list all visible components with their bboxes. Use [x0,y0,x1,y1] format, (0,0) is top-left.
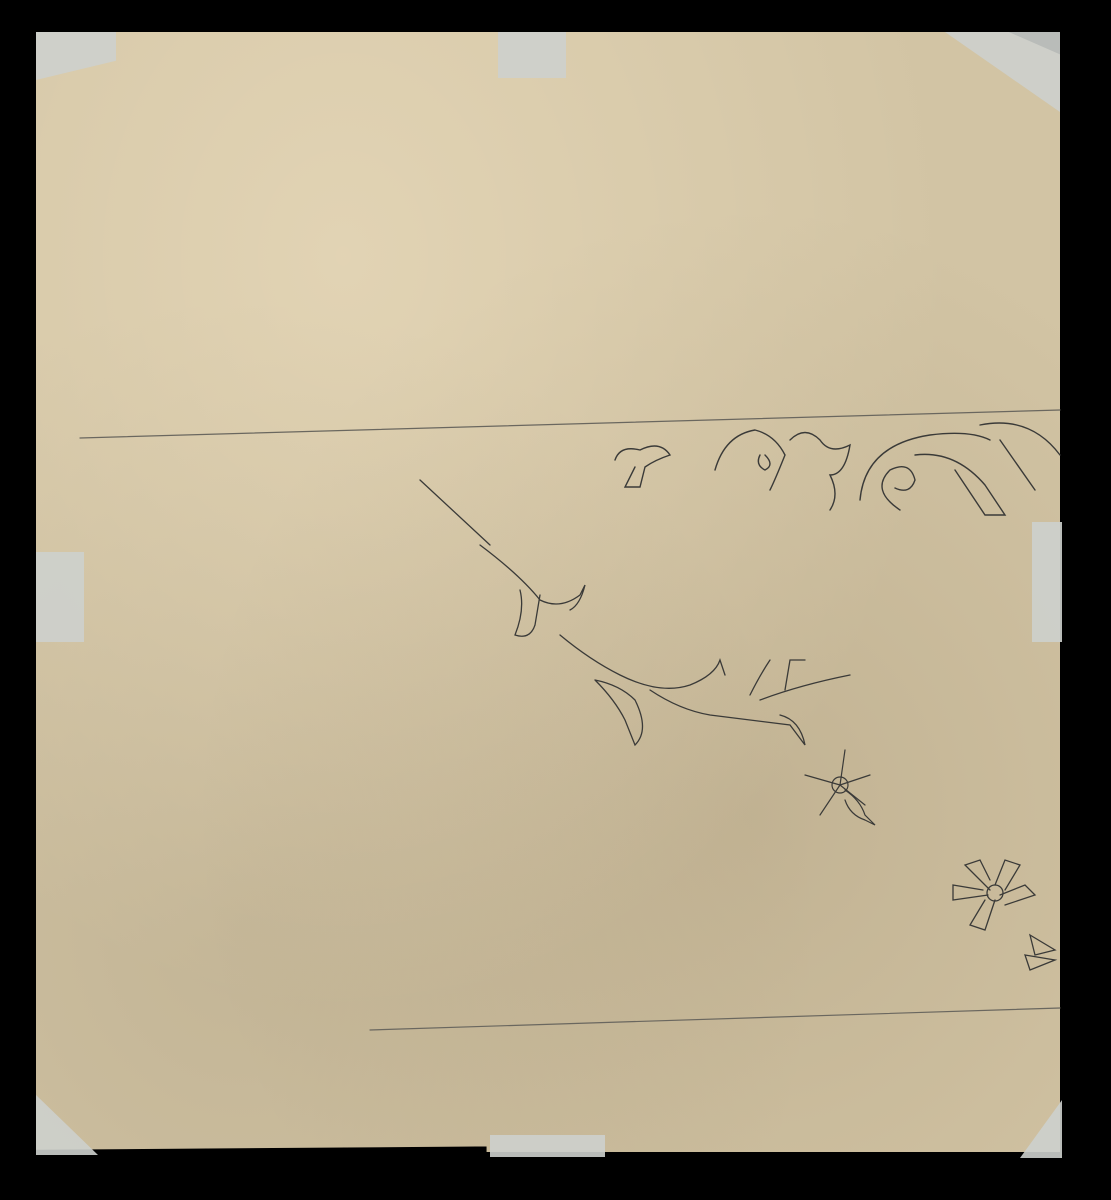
flower-small [805,750,875,825]
guideline-bottom [370,1008,1060,1030]
guideline-top [80,410,1060,438]
scroll-border [615,423,1060,515]
pencil-sketch [0,0,1111,1200]
leafy-branch [420,480,850,745]
flower-right [953,860,1055,970]
